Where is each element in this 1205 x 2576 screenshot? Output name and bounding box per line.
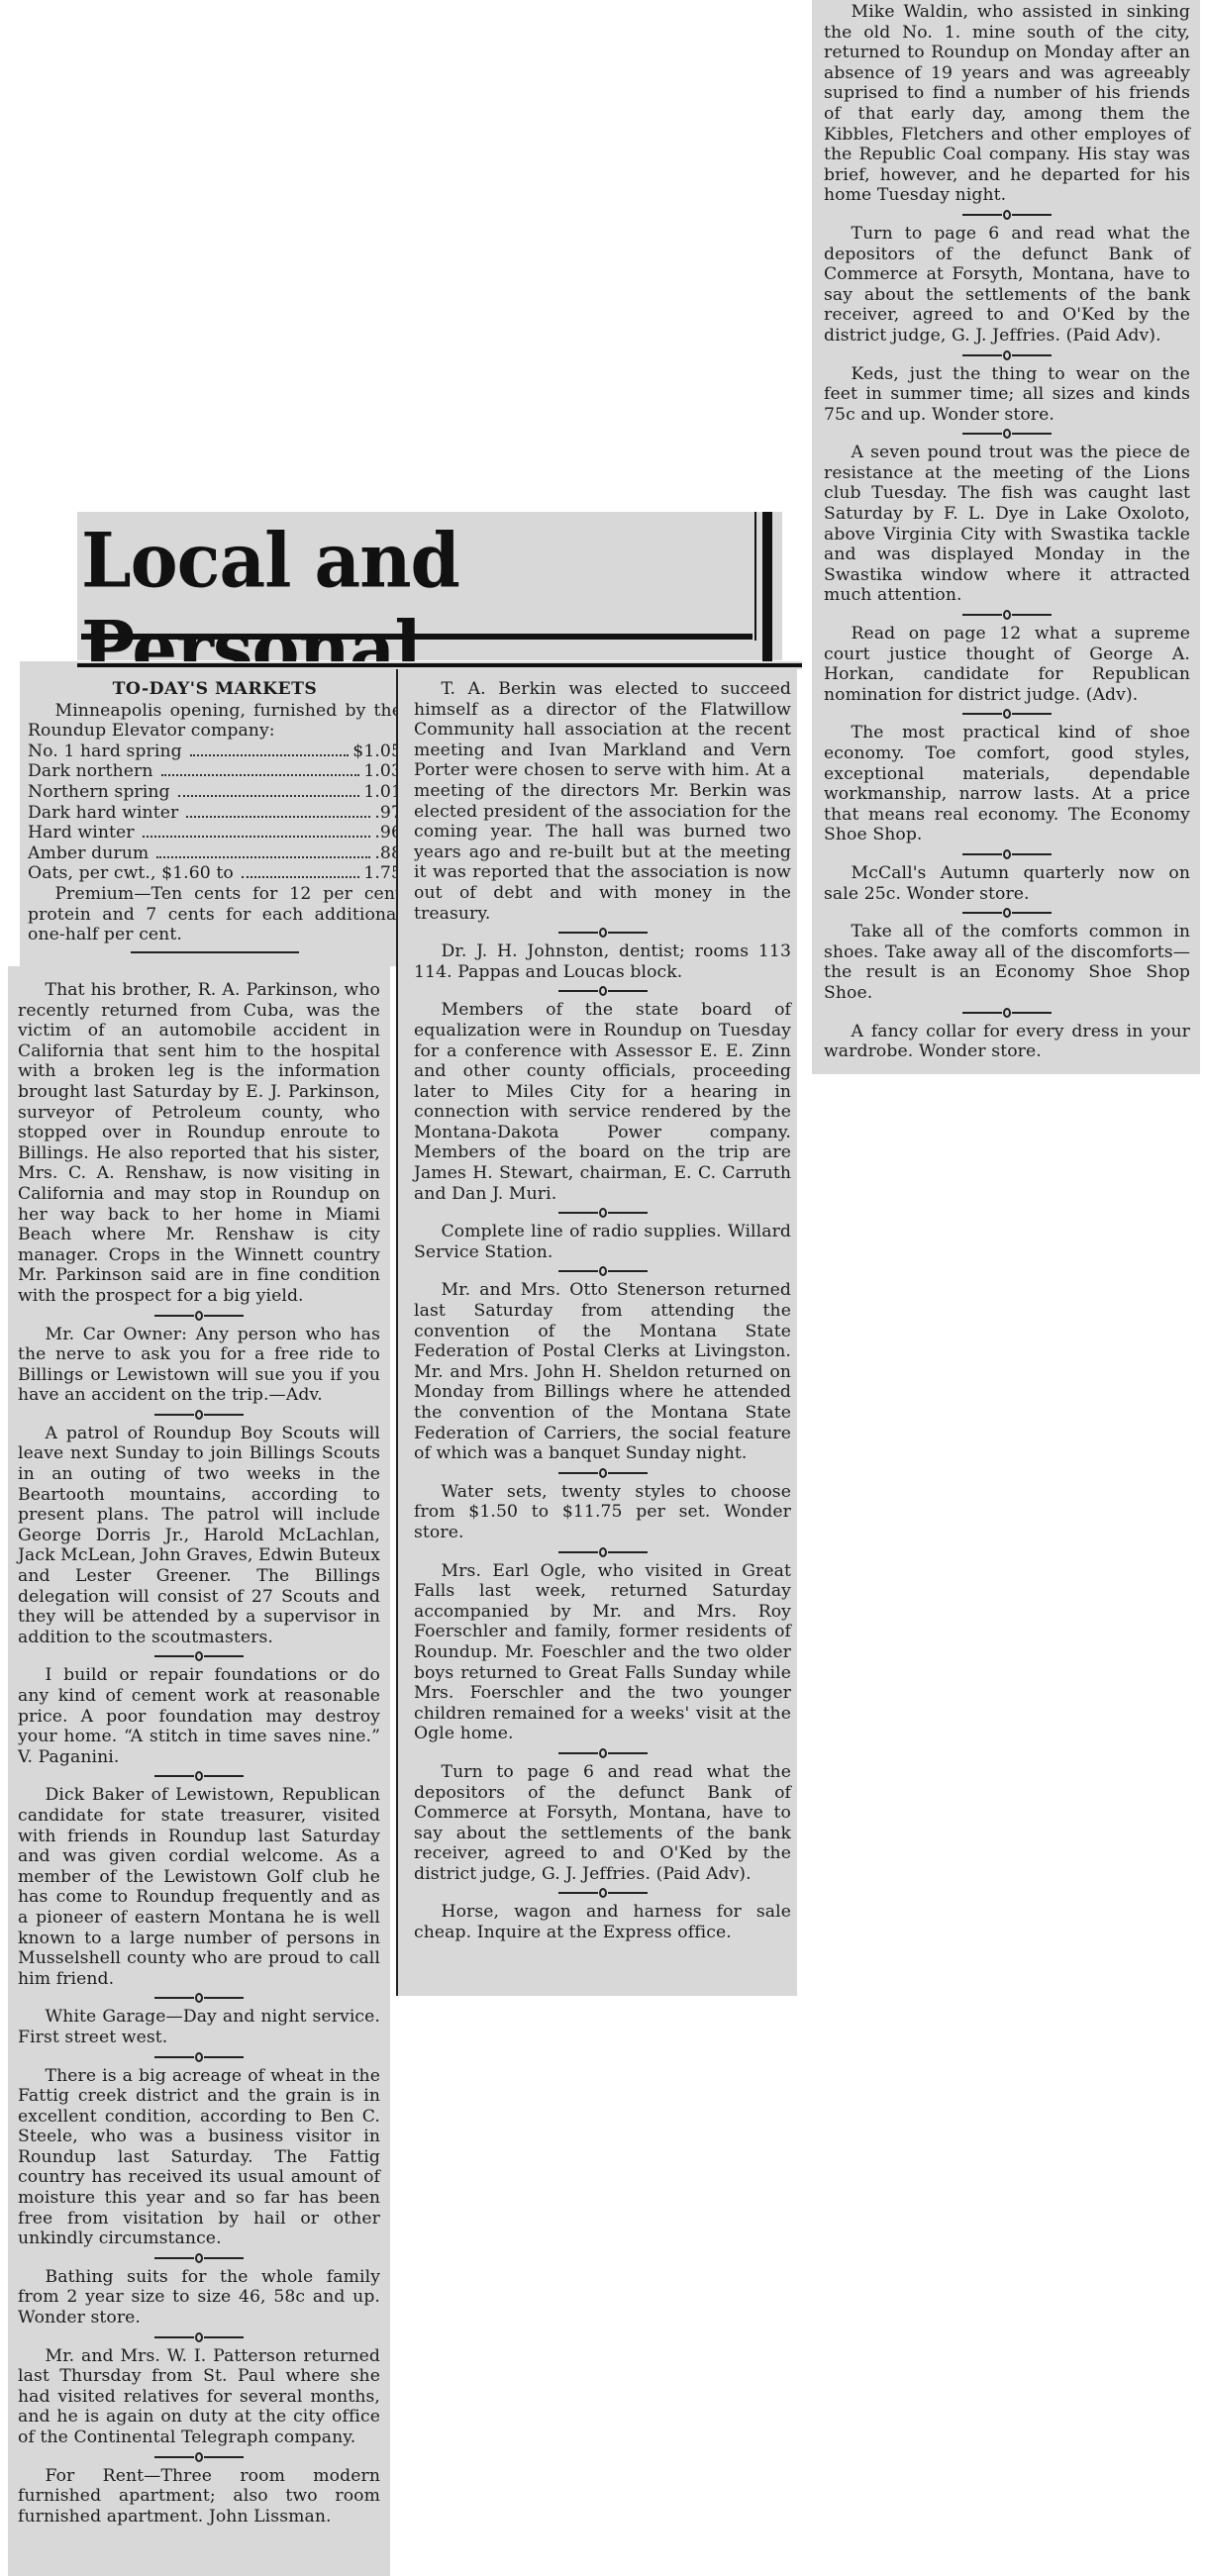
market-row: Dark northern1.03 [28, 761, 402, 782]
market-row: Dark hard winter.97 [28, 803, 402, 824]
masthead-frame-bar [762, 512, 772, 670]
news-item: Mike Waldin, who assisted in sinking the… [824, 2, 1190, 206]
masthead-bottom [20, 661, 802, 669]
separator-icon [18, 2249, 380, 2267]
news-item-text: Complete line of radio supplies. Willard… [414, 1222, 791, 1262]
separator-icon [414, 982, 791, 1000]
left-column: That his brother, R. A. Parkinson, who r… [8, 966, 390, 2576]
news-item-text: There is a big acreage of wheat in the F… [18, 2066, 380, 2249]
news-item: Members of the state board of equalizati… [414, 1000, 791, 1204]
news-item: A seven pound trout was the piece de res… [824, 443, 1190, 606]
separator-icon [18, 1307, 380, 1325]
news-item-text: Water sets, twenty styles to choose from… [414, 1482, 791, 1543]
separator-icon [824, 606, 1190, 624]
news-item-text: Members of the state board of equalizati… [414, 1000, 791, 1204]
news-item: Bathing suits for the whole family from … [18, 2267, 380, 2328]
news-item-text: Dr. J. H. Johnston, dentist; rooms 113 1… [414, 941, 791, 982]
market-label: Oats, per cwt., $1.60 to [28, 863, 234, 884]
markets-intro: Minneapolis opening, furnished by the Ro… [28, 701, 402, 742]
news-item: A patrol of Roundup Boy Scouts will leav… [18, 1424, 380, 1648]
news-item: Dr. J. H. Johnston, dentist; rooms 113 1… [414, 941, 791, 982]
news-item-text: Horse, wagon and harness for sale cheap.… [414, 1902, 791, 1942]
news-item: Complete line of radio supplies. Willard… [414, 1222, 791, 1262]
separator-icon [824, 1004, 1190, 1022]
news-item: Mr. and Mrs. Otto Stenerson returned las… [414, 1280, 791, 1463]
leader-dots [178, 795, 360, 797]
news-item: McCall's Autumn quarterly now on sale 25… [824, 863, 1190, 904]
news-item: Keds, just the thing to wear on the feet… [824, 364, 1190, 426]
market-label: Hard winter [28, 823, 135, 843]
separator-icon [824, 904, 1190, 922]
news-item: T. A. Berkin was elected to succeed hims… [414, 679, 791, 924]
separator-icon [18, 1406, 380, 1424]
news-item-text: McCall's Autumn quarterly now on sale 25… [824, 863, 1190, 904]
separator-icon [414, 1543, 791, 1561]
leader-dots [242, 876, 360, 878]
separator-icon [824, 845, 1190, 863]
news-item-text: The most practical kind of shoe economy.… [824, 723, 1190, 845]
news-item-text: A fancy collar for every dress in your w… [824, 1022, 1190, 1062]
market-row: Amber durum.88 [28, 843, 402, 864]
market-label: No. 1 hard spring [28, 742, 182, 762]
news-item-text: Read on page 12 what a supreme court jus… [824, 624, 1190, 705]
market-label: Amber durum [28, 843, 149, 864]
news-item-text: Mike Waldin, who assisted in sinking the… [824, 2, 1190, 206]
news-item-text: Turn to page 6 and read what the deposit… [824, 224, 1190, 347]
market-row: Oats, per cwt., $1.60 to1.75 [28, 863, 402, 884]
news-item-text: A seven pound trout was the piece de res… [824, 443, 1190, 606]
news-item-text: I build or repair foundations or do any … [18, 1665, 380, 1767]
leader-dots [186, 816, 370, 818]
market-label: Dark hard winter [28, 803, 178, 824]
separator-icon [824, 347, 1190, 364]
middle-column: T. A. Berkin was elected to succeed hims… [396, 669, 797, 1996]
news-item-text: Turn to page 6 and read what the deposit… [414, 1762, 791, 1885]
leader-dots [161, 774, 360, 776]
separator-icon [414, 1204, 791, 1222]
masthead-frame-line [754, 512, 756, 641]
news-item-text: That his brother, R. A. Parkinson, who r… [18, 980, 380, 1307]
market-row: Hard winter.96 [28, 823, 402, 843]
news-item-text: Mr. Car Owner: Any person who has the ne… [18, 1325, 380, 1406]
separator-icon [824, 206, 1190, 224]
separator-icon [414, 1464, 791, 1482]
leader-dots [143, 836, 371, 838]
news-item-text: White Garage—Day and night service. Firs… [18, 2007, 380, 2047]
separator-icon [414, 924, 791, 941]
news-item-text: Mr. and Mrs. Otto Stenerson returned las… [414, 1280, 791, 1463]
news-item: Water sets, twenty styles to choose from… [414, 1482, 791, 1543]
markets-table: No. 1 hard spring$1.05Dark northern1.03N… [28, 742, 402, 884]
news-item: Mr. Car Owner: Any person who has the ne… [18, 1325, 380, 1406]
separator-icon [414, 1744, 791, 1762]
separator-icon [18, 1989, 380, 2007]
news-item: For Rent—Three room modern furnished apa… [18, 2466, 380, 2527]
news-item: I build or repair foundations or do any … [18, 1665, 380, 1767]
news-item: The most practical kind of shoe economy.… [824, 723, 1190, 845]
market-row: No. 1 hard spring$1.05 [28, 742, 402, 762]
section-masthead: Local and Personal [77, 512, 782, 660]
right-column: Mike Waldin, who assisted in sinking the… [812, 0, 1200, 1074]
separator-icon [18, 2048, 380, 2066]
separator-icon [18, 2328, 380, 2346]
separator-icon [414, 1262, 791, 1280]
market-row: Northern spring1.01 [28, 782, 402, 803]
news-item-text: For Rent—Three room modern furnished apa… [18, 2466, 380, 2527]
markets-box: TO-DAY'S MARKETS Minneapolis opening, fu… [20, 669, 410, 966]
news-item: That his brother, R. A. Parkinson, who r… [18, 980, 380, 1307]
news-item: A fancy collar for every dress in your w… [824, 1022, 1190, 1062]
news-item-text: A patrol of Roundup Boy Scouts will leav… [18, 1424, 380, 1648]
markets-rule [131, 951, 299, 953]
news-item: Mrs. Earl Ogle, who visited in Great Fal… [414, 1561, 791, 1744]
leader-dots [190, 754, 350, 756]
news-item: Read on page 12 what a supreme court jus… [824, 624, 1190, 705]
news-item: Turn to page 6 and read what the deposit… [414, 1762, 791, 1885]
leader-dots [156, 856, 370, 858]
news-item-text: Take all of the comforts common in shoes… [824, 922, 1190, 1003]
masthead-rule [81, 634, 753, 640]
market-price: $1.05 [352, 742, 402, 762]
news-item-text: Dick Baker of Lewistown, Republican cand… [18, 1785, 380, 1989]
news-item-text: Mr. and Mrs. W. I. Patterson returned la… [18, 2346, 380, 2448]
news-item-text: T. A. Berkin was elected to succeed hims… [414, 679, 791, 924]
news-item-text: Bathing suits for the whole family from … [18, 2267, 380, 2328]
news-item: Mr. and Mrs. W. I. Patterson returned la… [18, 2346, 380, 2448]
news-item: Take all of the comforts common in shoes… [824, 922, 1190, 1003]
news-item: Horse, wagon and harness for sale cheap.… [414, 1902, 791, 1942]
separator-icon [18, 1767, 380, 1785]
separator-icon [18, 2448, 380, 2466]
separator-icon [18, 1647, 380, 1665]
markets-premium: Premium—Ten cents for 12 per cent protei… [28, 884, 402, 945]
news-item: There is a big acreage of wheat in the F… [18, 2066, 380, 2249]
news-item: Dick Baker of Lewistown, Republican cand… [18, 1785, 380, 1989]
separator-icon [824, 425, 1190, 443]
news-item-text: Keds, just the thing to wear on the feet… [824, 364, 1190, 426]
news-item: Turn to page 6 and read what the deposit… [824, 224, 1190, 347]
markets-heading: TO-DAY'S MARKETS [28, 679, 402, 700]
market-label: Dark northern [28, 761, 153, 782]
market-label: Northern spring [28, 782, 170, 803]
news-item-text: Mrs. Earl Ogle, who visited in Great Fal… [414, 1561, 791, 1744]
separator-icon [824, 705, 1190, 723]
separator-icon [414, 1884, 791, 1902]
news-item: White Garage—Day and night service. Firs… [18, 2007, 380, 2047]
